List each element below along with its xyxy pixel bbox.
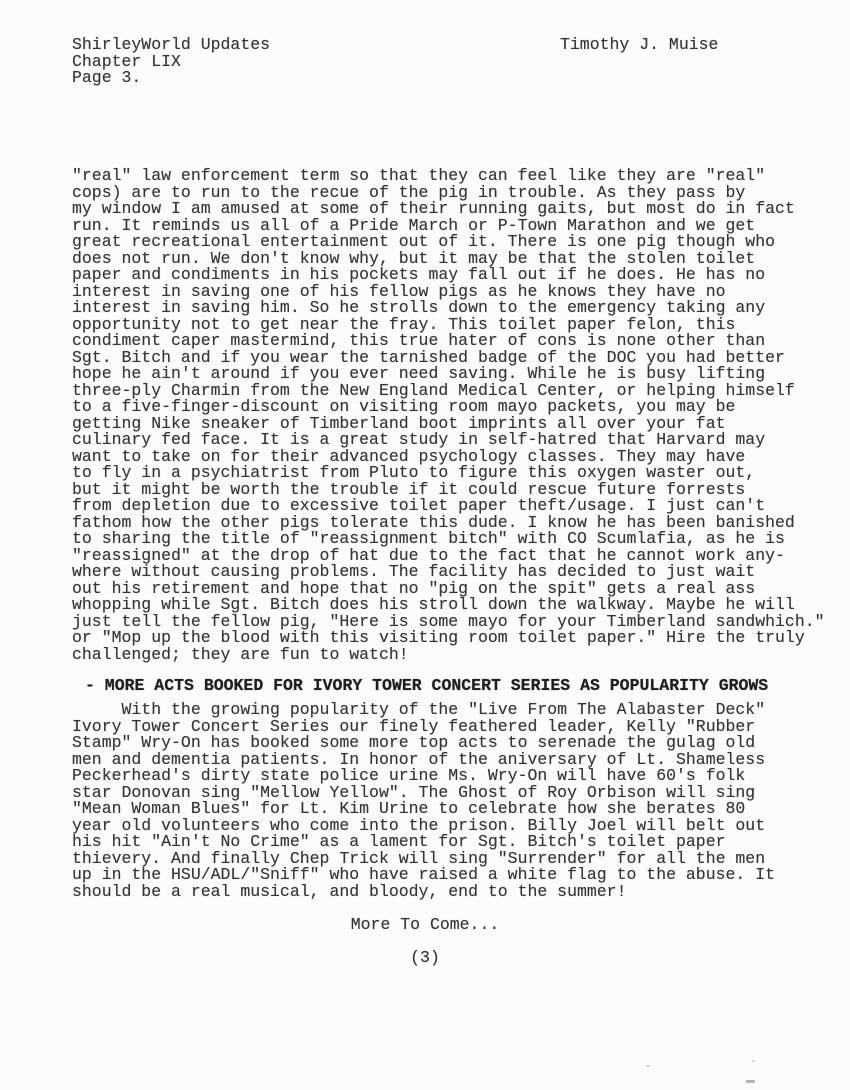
closing-line: More To Come...	[0, 917, 850, 934]
scan-artifact-speck	[752, 1060, 755, 1062]
document-header-title-block: ShirleyWorld Updates Chapter LIX Page 3.	[72, 37, 270, 87]
body-paragraph-2: With the growing popularity of the "Live…	[72, 702, 775, 900]
typewritten-document-page: ShirleyWorld Updates Chapter LIX Page 3.…	[0, 0, 850, 1090]
page-number: (3)	[0, 950, 850, 967]
body-paragraph-1: "real" law enforcement term so that they…	[72, 168, 825, 663]
document-author: Timothy J. Muise	[560, 37, 718, 54]
scan-artifact-speck	[746, 1080, 755, 1083]
scan-artifact-speck	[646, 1065, 650, 1067]
section-heading-concert-series: - MORE ACTS BOOKED FOR IVORY TOWER CONCE…	[85, 678, 768, 695]
